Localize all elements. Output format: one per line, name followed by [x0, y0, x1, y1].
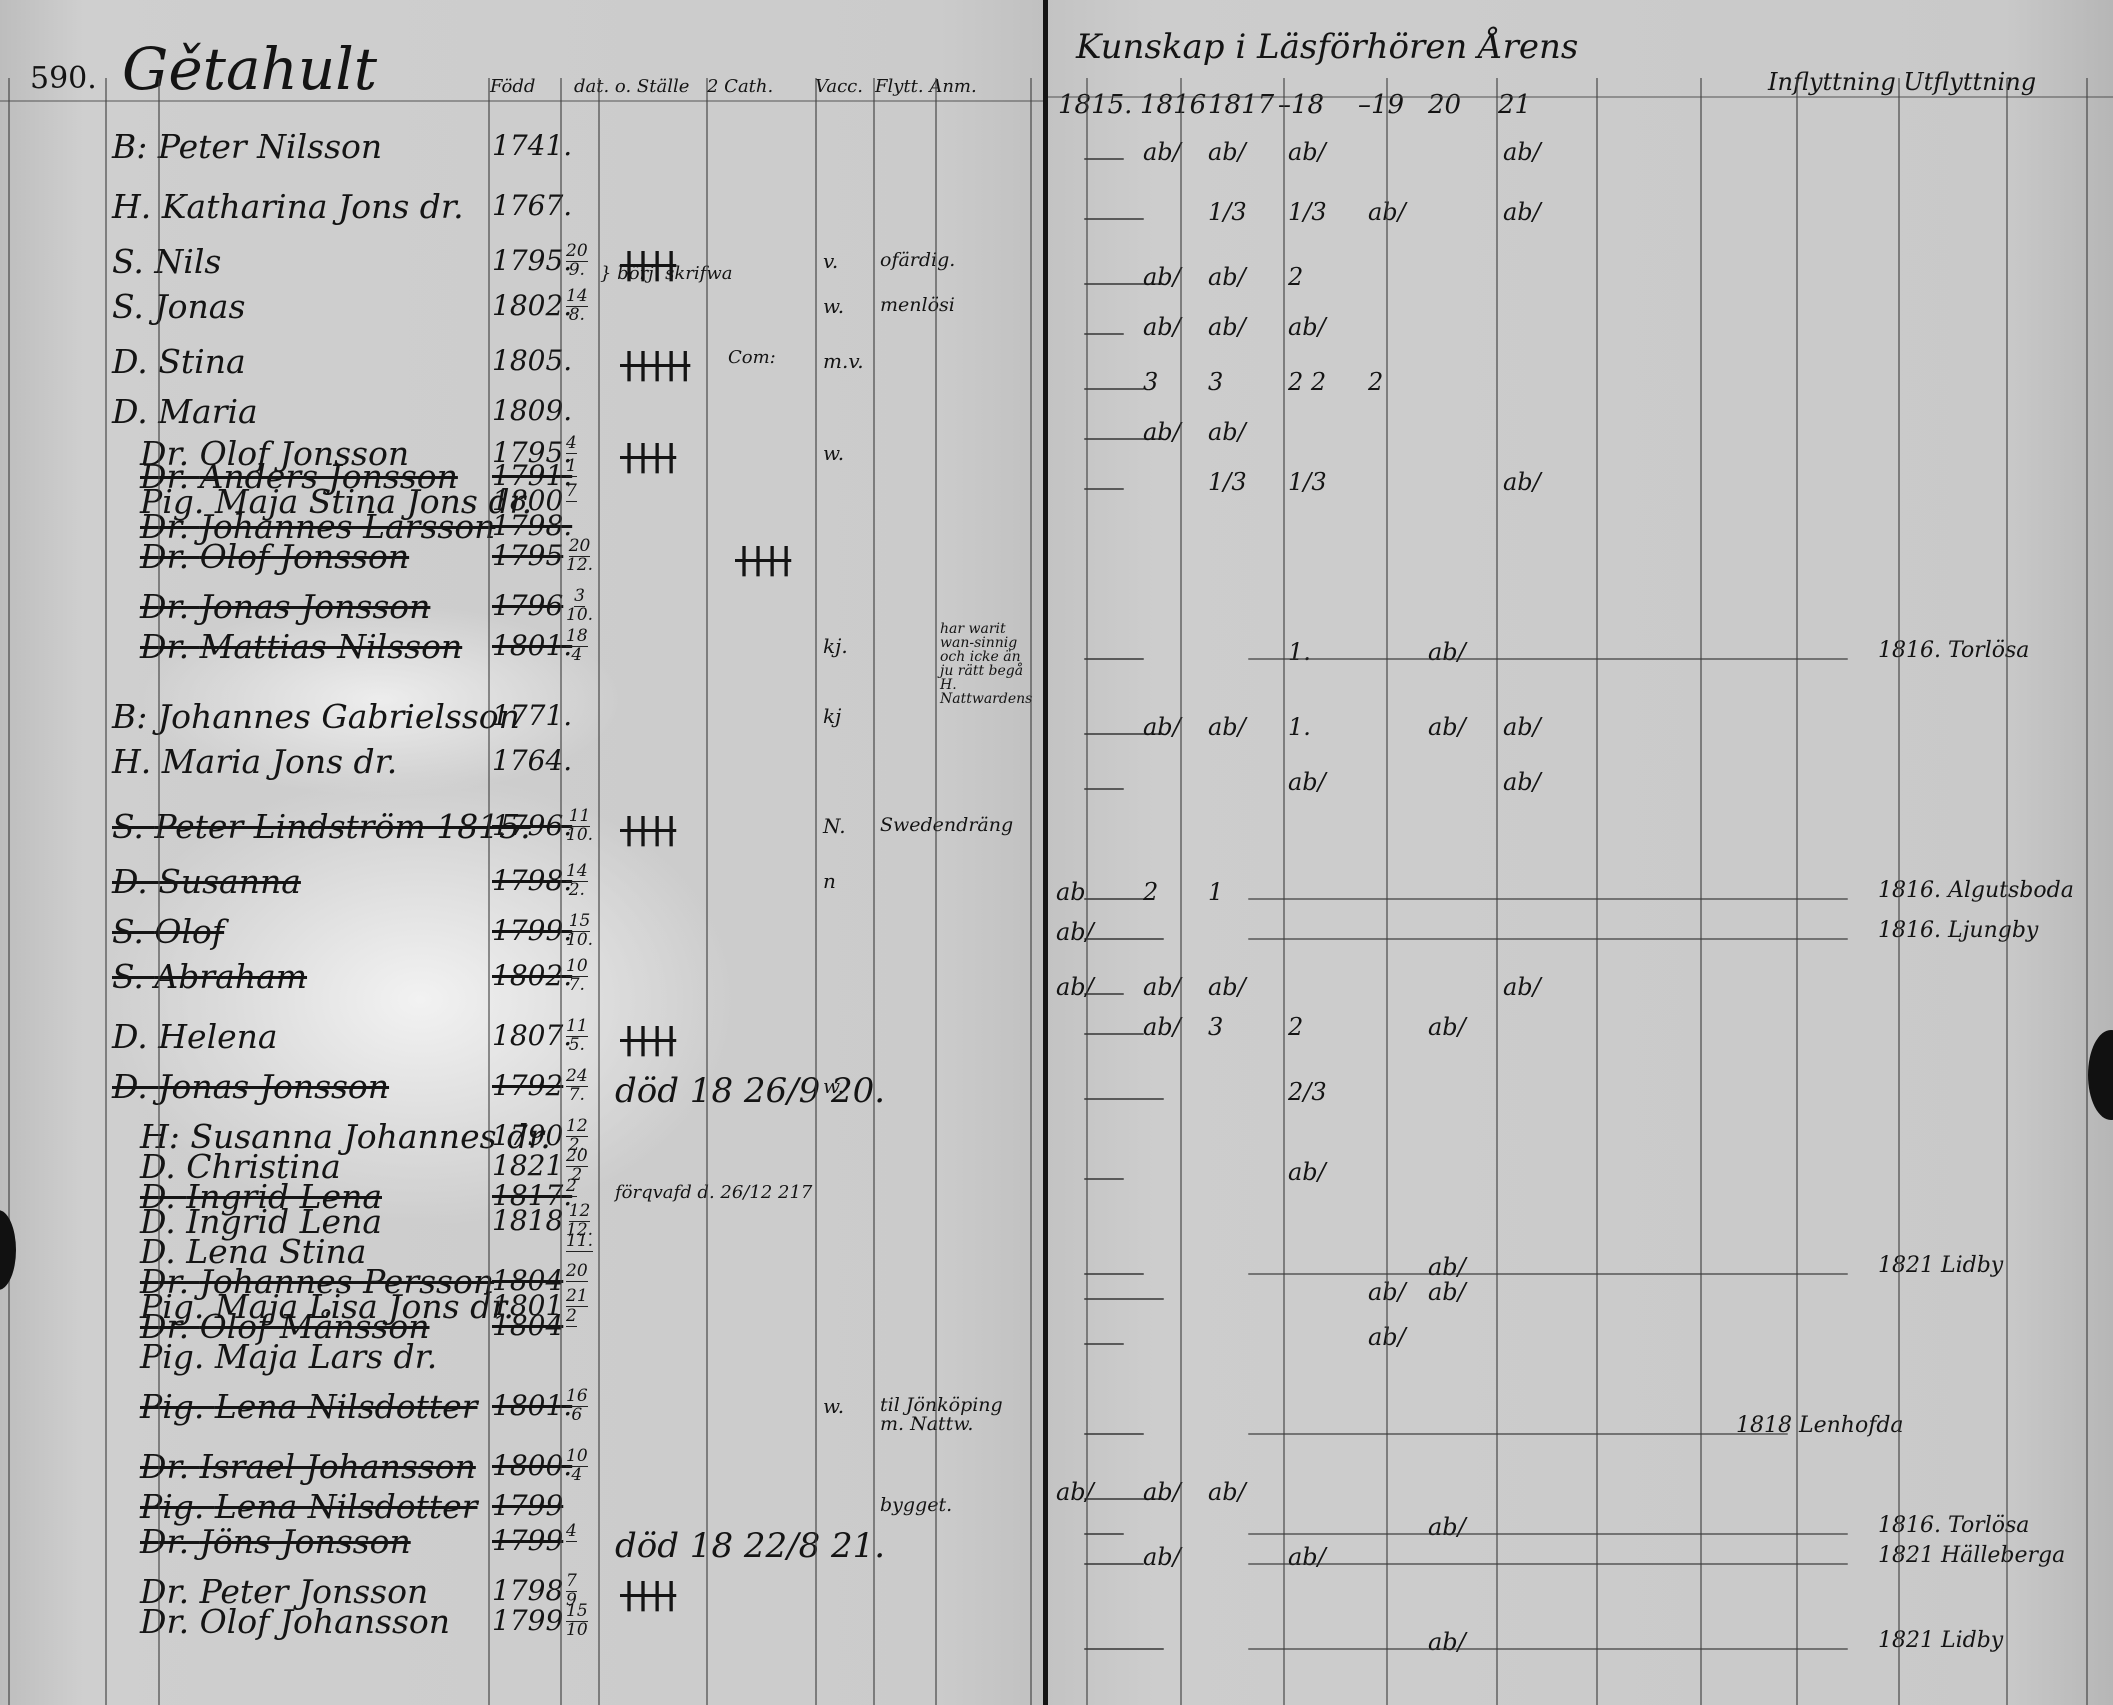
person-name: S. Peter Lindström 1815.	[112, 810, 531, 843]
household-role: S.	[112, 242, 154, 281]
name-text: Jonas Jonsson	[158, 1067, 389, 1106]
name-text: Jonas	[154, 287, 245, 326]
household-role: S.	[112, 807, 154, 846]
birth-day-month: 104	[566, 1448, 588, 1485]
binding-clip	[2088, 1030, 2113, 1120]
moved-to: 1816. Algutsboda	[1878, 880, 2074, 902]
person-name: H. Maria Jons dr.	[112, 745, 397, 778]
reading-grade: ab/	[1056, 920, 1094, 944]
birth-year: 1799	[492, 1527, 563, 1555]
moved-to: 1818 Lenhofda	[1736, 1415, 1904, 1437]
reading-grade: ab/	[1428, 1255, 1466, 1279]
birth-year: 1798	[492, 1577, 563, 1605]
person-name: Dr. Jonas Jonsson	[140, 590, 430, 623]
reading-grade: ab/	[1428, 715, 1466, 739]
line-stroke	[1084, 1178, 1124, 1180]
person-name: Pig. Maja Lars dr.	[140, 1340, 437, 1373]
moved-to: 1821 Lidby	[1878, 1630, 2003, 1652]
name-text: Olof	[154, 912, 224, 951]
line-stroke	[1084, 788, 1124, 790]
line-stroke	[1248, 1433, 1788, 1435]
right-header-moved: Inflyttning Utflyttning	[1768, 70, 2036, 94]
line-stroke	[1084, 1273, 1144, 1275]
header-date: dat. o. Ställe	[574, 78, 689, 96]
vaccination-mark: v.	[823, 251, 838, 271]
household-role: S.	[112, 957, 154, 996]
reading-grade: 2	[1368, 370, 1383, 394]
birth-year: 1799	[492, 1492, 563, 1520]
entry-note: Com:	[728, 349, 776, 367]
reading-grade: ab/	[1208, 1480, 1246, 1504]
person-name: D. Maria	[112, 395, 258, 428]
birth-day-month: 11.	[566, 1233, 593, 1252]
reading-grade: ab/	[1143, 715, 1181, 739]
person-name: S. Abraham	[112, 960, 307, 993]
reading-grade: 2/3	[1288, 1080, 1327, 1104]
column-rule	[560, 78, 562, 1705]
line-stroke	[1084, 1343, 1124, 1345]
person-name: D. Susanna	[112, 865, 301, 898]
column-rule	[1030, 78, 1032, 1705]
line-stroke	[1084, 1433, 1144, 1435]
vaccination-mark: w.	[823, 443, 844, 463]
reading-grade: ab/	[1208, 265, 1246, 289]
reading-grade: ab/	[1428, 1630, 1466, 1654]
line-stroke	[1084, 388, 1144, 390]
birth-year: 1799	[492, 1607, 563, 1635]
reading-grade: ab/	[1503, 715, 1541, 739]
line-stroke	[1248, 658, 1848, 660]
header-rule	[1048, 96, 2113, 98]
line-stroke	[1084, 218, 1144, 220]
page-number: 590.	[30, 64, 97, 94]
birth-day-month: 148.	[566, 288, 588, 325]
name-text: Maria Jons dr.	[162, 742, 398, 781]
place-name: Gětahult	[122, 40, 377, 98]
person-name: H. Katharina Jons dr.	[112, 190, 464, 223]
household-role: D.	[112, 392, 158, 431]
column-rule	[158, 78, 160, 1705]
line-stroke	[1248, 1563, 1848, 1565]
reading-grade: ab/	[1208, 140, 1246, 164]
vaccination-mark: N.	[823, 816, 846, 836]
household-role: Pig.	[140, 1337, 215, 1376]
reading-grade: ab/	[1143, 140, 1181, 164]
birth-day-month: 115.	[566, 1018, 588, 1055]
reading-grade: ab/	[1503, 140, 1541, 164]
catechism-tally: |||||	[620, 347, 690, 382]
line-stroke	[1248, 938, 1848, 940]
person-name: S. Jonas	[112, 290, 245, 323]
birth-day-month: 2012.	[566, 538, 593, 575]
household-role: B:	[112, 697, 158, 736]
reading-grade: ab/	[1208, 715, 1246, 739]
column-rule	[598, 78, 600, 1705]
name-text: Johannes Gabrielsson	[158, 697, 520, 736]
entry-note: död 18 22/8 21.	[615, 1529, 885, 1563]
line-stroke	[1248, 1648, 1848, 1650]
header-rule	[0, 100, 1045, 102]
name-text: Lena Nilsdotter	[215, 1487, 478, 1526]
column-rule	[873, 78, 875, 1705]
reading-grade: ab/	[1143, 975, 1181, 999]
header-born: Född	[490, 78, 535, 96]
right-page-title: Kunskap i Läsförhören Årens	[1076, 30, 1578, 64]
person-name: Pig. Lena Nilsdotter	[140, 1490, 477, 1523]
reading-grade: ab/	[1288, 1545, 1326, 1569]
household-role: B:	[112, 127, 158, 166]
line-stroke	[1084, 1648, 1164, 1650]
name-text: Katharina Jons dr.	[162, 187, 464, 226]
reading-grade: ab/	[1503, 470, 1541, 494]
reading-grade: 1.	[1288, 715, 1311, 739]
person-name: Dr. Olof Johansson	[140, 1605, 450, 1638]
line-stroke	[1084, 938, 1164, 940]
birth-day-month: 1110.	[566, 808, 593, 845]
reading-grade: ab/	[1208, 975, 1246, 999]
birth-day-month: 310.	[566, 588, 593, 625]
reading-grade: ab/	[1503, 200, 1541, 224]
column-rule	[1700, 78, 1702, 1705]
household-role: D.	[112, 342, 158, 381]
reading-grade: ab/	[1503, 770, 1541, 794]
birth-year: 1795	[492, 542, 563, 570]
birth-year: 1818	[492, 1207, 563, 1235]
reading-grade: 3	[1208, 370, 1223, 394]
moved-to: 1821 Lidby	[1878, 1255, 2003, 1277]
birth-day-month: 4	[566, 435, 577, 454]
left-page: 590. Gětahult Född dat. o. Ställe 2 Cath…	[0, 0, 1045, 1705]
person-name: B: Peter Nilsson	[112, 130, 382, 163]
remark: til Jönköping m. Nattw.	[880, 1396, 1030, 1434]
column-rule	[1898, 78, 1900, 1705]
household-role: Dr.	[140, 1522, 200, 1561]
household-role: H.	[112, 187, 162, 226]
birth-year: 1790	[492, 1122, 563, 1150]
birth-day-month: 1510.	[566, 913, 593, 950]
remark: har warit wan-sinnig och icke än ju rätt…	[940, 622, 1035, 706]
reading-grade: ab/	[1056, 1480, 1094, 1504]
person-name: S. Nils	[112, 245, 221, 278]
column-rule	[935, 78, 937, 1705]
entry-note: död 18 26/9 20.	[615, 1074, 885, 1108]
person-name: Dr. Olof Jonsson	[140, 540, 409, 573]
entry-note: } börj. skrifwa	[600, 265, 732, 283]
column-rule	[1496, 78, 1498, 1705]
birth-day-month: 2	[566, 1178, 577, 1197]
catechism-tally: ||||	[620, 812, 676, 847]
line-stroke	[1084, 488, 1124, 490]
vaccination-mark: n	[823, 871, 836, 891]
reading-grade: 1/3	[1288, 200, 1327, 224]
name-text: Helena	[158, 1017, 277, 1056]
catechism-tally: ||||	[620, 1577, 676, 1612]
reading-grade: 1.	[1288, 640, 1311, 664]
reading-grade: 3	[1143, 370, 1158, 394]
name-text: Stina	[158, 342, 245, 381]
reading-grade: 1/3	[1288, 470, 1327, 494]
catechism-tally: ||||	[735, 542, 791, 577]
household-role: Dr.	[140, 537, 200, 576]
column-rule	[2006, 78, 2008, 1705]
column-rule	[1283, 78, 1285, 1705]
household-role: Dr.	[140, 627, 200, 666]
reading-grade: 1/3	[1208, 470, 1247, 494]
name-text: Olof Jonsson	[200, 537, 410, 576]
header-vaccinated: Vacc.	[815, 78, 863, 96]
reading-grade: ab/	[1143, 1545, 1181, 1569]
line-stroke	[1084, 1563, 1144, 1565]
line-stroke	[1084, 1533, 1124, 1535]
reading-grade: ab/	[1288, 1160, 1326, 1184]
reading-grade: 3	[1208, 1015, 1223, 1039]
birth-year: 1796	[492, 592, 563, 620]
reading-grade: ab/	[1143, 1015, 1181, 1039]
birth-day-month: 247.	[566, 1068, 588, 1105]
reading-grade: ab/	[1428, 640, 1466, 664]
name-text: Peter Nilsson	[158, 127, 382, 166]
column-rule	[2086, 78, 2088, 1705]
catechism-tally: ||||	[620, 439, 676, 474]
line-stroke	[1248, 898, 1848, 900]
person-name: D. Stina	[112, 345, 246, 378]
name-text: Susanna	[158, 862, 301, 901]
column-rule	[1796, 78, 1798, 1705]
reading-grade: ab/	[1056, 975, 1094, 999]
reading-grade: ab	[1056, 880, 1086, 904]
line-stroke	[1084, 158, 1124, 160]
header-moved-remarks: Flytt. Anm.	[875, 78, 977, 96]
name-text: Mattias Nilsson	[200, 627, 463, 666]
reading-grade: ab/	[1143, 265, 1181, 289]
name-text: Nils	[154, 242, 221, 281]
reading-grade: ab/	[1143, 315, 1181, 339]
line-stroke	[1248, 1273, 1848, 1275]
household-role: S.	[112, 287, 154, 326]
vaccination-mark: kj	[823, 706, 841, 726]
vaccination-mark: w.	[823, 1076, 844, 1096]
column-rule	[1086, 78, 1088, 1705]
name-text: Abraham	[154, 957, 307, 996]
person-name: B: Johannes Gabrielsson	[112, 700, 520, 733]
vaccination-mark: m.v.	[823, 351, 864, 371]
line-stroke	[1084, 658, 1144, 660]
reading-grade: 1	[1208, 880, 1223, 904]
line-stroke	[1084, 1298, 1164, 1300]
household-role: H.	[112, 742, 162, 781]
reading-grade: ab/	[1428, 1515, 1466, 1539]
column-rule	[815, 78, 817, 1705]
vaccination-mark: w.	[823, 1396, 844, 1416]
column-rule	[8, 78, 10, 1705]
remark: ofärdig.	[880, 251, 1030, 270]
reading-grade: 2 2	[1288, 370, 1326, 394]
birth-day-month: 7	[566, 483, 577, 502]
reading-grade: ab/	[1428, 1015, 1466, 1039]
person-name: D. Helena	[112, 1020, 278, 1053]
household-role: Pig.	[140, 1387, 215, 1426]
name-text: Peter Lindström 1815.	[154, 807, 530, 846]
household-role: D.	[112, 1017, 158, 1056]
reading-grade: 2	[1288, 1015, 1303, 1039]
line-stroke	[1084, 1098, 1164, 1100]
column-rule	[706, 78, 708, 1705]
birth-day-month: 1510	[566, 1603, 588, 1640]
column-rule	[488, 78, 490, 1705]
birth-year: 1792	[492, 1072, 563, 1100]
reading-grade: ab/	[1208, 420, 1246, 444]
person-name: Dr. Jöns Jonsson	[140, 1525, 411, 1558]
entry-note: förqvafd d. 26/12 217	[615, 1184, 812, 1202]
line-stroke	[1084, 898, 1144, 900]
person-name: Pig. Lena Nilsdotter	[140, 1390, 477, 1423]
name-text: Maja Lars dr.	[215, 1337, 437, 1376]
reading-grade: ab/	[1288, 140, 1326, 164]
name-text: Maria	[158, 392, 257, 431]
household-role: S.	[112, 912, 154, 951]
person-name: S. Olof	[112, 915, 224, 948]
birth-day-month: 166	[566, 1388, 588, 1425]
reading-grade: 2	[1288, 265, 1303, 289]
household-role: Pig.	[140, 1487, 215, 1526]
reading-grade: 2	[1143, 880, 1158, 904]
birth-year: 1821	[492, 1152, 563, 1180]
reading-grade: ab/	[1208, 315, 1246, 339]
birth-day-month: 209.	[566, 243, 588, 280]
birth-day-month: 1	[566, 458, 577, 477]
birth-year: 1804	[492, 1312, 563, 1340]
reading-grade: ab/	[1143, 1480, 1181, 1504]
reading-grade: ab/	[1428, 1280, 1466, 1304]
line-stroke	[1084, 333, 1124, 335]
birth-day-month: 107.	[566, 958, 588, 995]
ledger-spread: 590. Gětahult Född dat. o. Ställe 2 Cath…	[0, 0, 2113, 1705]
reading-grade: ab/	[1503, 975, 1541, 999]
vaccination-mark: w.	[823, 296, 844, 316]
column-rule	[1386, 78, 1388, 1705]
reading-grade: ab/	[1288, 770, 1326, 794]
reading-grade: 1/3	[1208, 200, 1247, 224]
column-rule	[1180, 78, 1182, 1705]
household-role: Dr.	[140, 1602, 200, 1641]
header-catechism-2: 2 Cath.	[707, 78, 773, 96]
remark: menlösi	[880, 296, 1030, 315]
line-stroke	[1248, 1533, 1848, 1535]
person-name: Dr. Mattias Nilsson	[140, 630, 462, 663]
birth-day-month: 2	[566, 1308, 577, 1327]
birth-day-month: 4	[566, 1523, 577, 1542]
column-rule	[1596, 78, 1598, 1705]
birth-day-month: 21	[566, 1288, 588, 1307]
name-text: Israel Johansson	[200, 1447, 476, 1486]
name-text: Olof Johansson	[200, 1602, 450, 1641]
birth-day-month: 184	[566, 628, 588, 665]
reading-grade: ab/	[1288, 315, 1326, 339]
name-text: Jonas Jonsson	[200, 587, 431, 626]
household-role: Dr.	[140, 1447, 200, 1486]
moved-to: 1816. Ljungby	[1878, 920, 2038, 942]
column-rule	[105, 78, 107, 1705]
remark: Swedendräng	[880, 816, 1030, 835]
name-text: Jöns Jonsson	[200, 1522, 411, 1561]
right-page: Kunskap i Läsförhören Årens Inflyttning …	[1048, 0, 2113, 1705]
birth-day-month: 20	[566, 1263, 588, 1282]
line-stroke	[1084, 1033, 1144, 1035]
vaccination-mark: kj.	[823, 636, 848, 656]
household-role: D.	[112, 862, 158, 901]
birth-day-month: 142.	[566, 863, 588, 900]
household-role: D.	[112, 1067, 158, 1106]
remark: bygget.	[880, 1496, 1030, 1515]
reading-grade: ab/	[1143, 420, 1181, 444]
catechism-tally: ||||	[620, 1022, 676, 1057]
person-name: D. Jonas Jonsson	[112, 1070, 389, 1103]
person-name: Dr. Israel Johansson	[140, 1450, 476, 1483]
name-text: Lena Nilsdotter	[215, 1387, 478, 1426]
moved-to: 1821 Hälleberga	[1878, 1545, 2065, 1567]
household-role: Dr.	[140, 587, 200, 626]
